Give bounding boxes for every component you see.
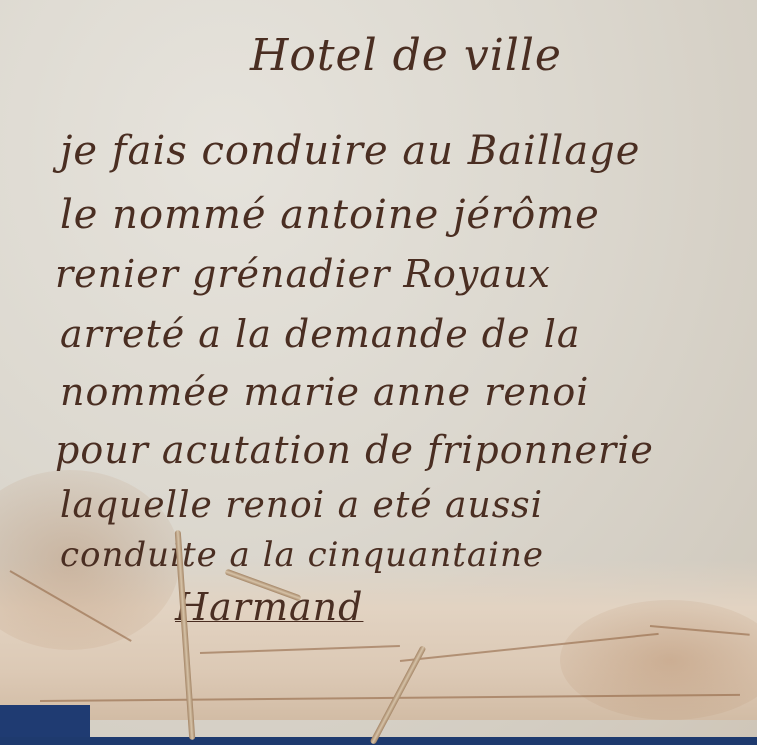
text-line: renier grénadier Royaux	[55, 252, 551, 296]
text-line: je fais conduire au Baillage	[60, 128, 640, 174]
manuscript-page: Hotel de ville je fais conduire au Baill…	[0, 0, 757, 737]
text-line: arreté a la demande de la	[60, 312, 581, 356]
heading: Hotel de ville	[250, 30, 562, 81]
background-surface	[0, 705, 90, 737]
text-line: nommée marie anne renoi	[60, 370, 589, 414]
text-line: laquelle renoi a eté aussi	[60, 485, 543, 526]
text-line: le nommé antoine jérôme	[60, 192, 600, 238]
signature: Harmand	[175, 585, 363, 629]
text-line: pour acutation de friponnerie	[55, 428, 654, 472]
text-line: conduite a la cinquantaine	[60, 535, 544, 575]
